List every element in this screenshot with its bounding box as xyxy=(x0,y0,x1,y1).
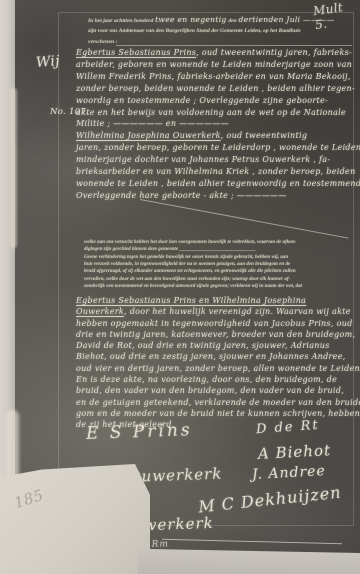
bride-lines: jaren, zonder beroep, geboren te Leiderd… xyxy=(76,142,357,202)
declaration-text-line: Biehot, oud drie en zestig jaren, sjouwe… xyxy=(76,351,357,362)
bride-first-line: Wilhelmina Josephina Ouwerkerk, oud twee… xyxy=(76,130,357,142)
printed-text-line: Geene verhindering tegen het gemelde huw… xyxy=(84,254,354,261)
declaration-text-line: En is deze akte, na voorlezing, door ons… xyxy=(76,374,357,385)
bride-paragraph: Wilhelmina Josephina Ouwerkerk, oud twee… xyxy=(76,130,357,203)
groom-first-line-rest: , oud tweeentwintig jaren, fabrieks- xyxy=(196,48,352,57)
bride-first-line-rest: , oud tweeentwintig xyxy=(221,131,308,140)
printed-text-line: zonderlijk een toestemmend en bevestigen… xyxy=(84,283,354,290)
groom-text-line: arbeider, geboren en wonende te Leiden m… xyxy=(76,59,357,71)
bride-text-line: Overleggende hare geboorte - akte ; ————… xyxy=(76,190,357,202)
header-print-den: den xyxy=(228,18,236,24)
header-print-year-prefix: In het jaar achttien honderd xyxy=(88,18,153,24)
printed-text-line: vervullen, welke door de wet aan den huw… xyxy=(84,276,354,283)
header-hand-date: dertienden Juli ———— xyxy=(239,15,335,24)
declaration-lines: hebben opgemaakt in tegenwoordigheid van… xyxy=(76,318,357,431)
declaration-text-line: David de Rot, oud drie en twintig jaren,… xyxy=(76,340,357,351)
groom-text-line: Willem Frederik Prins, fabrieks-arbeider… xyxy=(76,71,357,83)
bride-text-line: minderjarige dochter van Johannes Petrus… xyxy=(76,154,357,166)
header-line-date: In het jaar achttien honderd twee en neg… xyxy=(88,15,354,26)
signature-groom: E S Prins xyxy=(86,420,193,444)
printed-text-line: bruid afgevraagd, of zij elkander aannem… xyxy=(84,268,354,275)
groom-text-line: Militie ; —————— en —————— xyxy=(76,118,357,130)
film-edge-highlight-upper xyxy=(10,88,17,248)
groom-text-line: akte en het bewijs van voldoening aan de… xyxy=(76,107,357,119)
header-line-registrar: zijn voor ons Ambtenaar van den Burgerli… xyxy=(88,26,354,36)
groom-text-line: zonder beroep, beiden wonende te Leiden … xyxy=(76,83,357,95)
bride-text-line: wonende te Leiden , beiden alhier tegenw… xyxy=(76,178,357,190)
declaration-text-line: en de getuigen geteekend, verklarende de… xyxy=(76,397,357,408)
groom-text-line: woordig en toestemmende ; Overleggende z… xyxy=(76,95,357,107)
groom-paragraph: Egbertus Sebastianus Prins, oud tweeentw… xyxy=(76,47,357,130)
photographed-marriage-record: Mult 5. Wij No. 107. In het jaar achttie… xyxy=(0,0,360,574)
header-hand-year: twee en negentig xyxy=(155,15,227,24)
declaration-surname: Ouwerkerk xyxy=(76,307,124,316)
margin-word-wij: Wij xyxy=(35,53,60,71)
bride-text-line: jaren, zonder beroep, geboren te Leiderd… xyxy=(76,142,357,154)
declaration-text-line: drie en twintig jaren, katoenwever, broe… xyxy=(76,329,357,340)
declaration-text-line: hebben opgemaakt in tegenwoordigheid van… xyxy=(76,318,357,329)
declaration-second-line: Ouwerkerk, door het huwelijk vereenigd z… xyxy=(76,306,357,317)
signature-witness-biehot: A Biehot xyxy=(258,441,332,463)
act-header: In het jaar achttien honderd twee en neg… xyxy=(88,15,354,47)
declaration-text-line: oud vier en dertig jaren, zonder beroep,… xyxy=(76,363,357,374)
declaration-paragraph: Egbertus Sebastianus Prins en Wilhelmina… xyxy=(76,295,357,431)
declaration-second-line-rest: , door het huwelijk vereenigd zijn. Waar… xyxy=(124,307,351,316)
printed-legal-formula: welke aan ons verzocht hebben het door h… xyxy=(84,239,354,290)
groom-first-line: Egbertus Sebastianus Prins, oud tweeentw… xyxy=(76,47,357,59)
declaration-names-line: Egbertus Sebastianus Prins en Wilhelmina… xyxy=(76,295,357,306)
archive-label-patch xyxy=(0,464,150,574)
declaration-text-line: bruid, den vader van den bruidegom, den … xyxy=(76,385,357,396)
printed-text-line: digingen zijn geschied binnen deze gemee… xyxy=(84,246,354,253)
bride-text-line: brieksarbeider en van Wilhelmina Kriek ,… xyxy=(76,166,357,178)
groom-name: Egbertus Sebastianus Prins xyxy=(76,48,196,57)
bride-name: Wilhelmina Josephina Ouwerkerk xyxy=(76,131,221,140)
printed-lines: welke aan ons verzocht hebben het door h… xyxy=(84,239,354,290)
film-edge-bottom-band xyxy=(138,549,360,574)
groom-lines: arbeider, geboren en wonende te Leiden m… xyxy=(76,59,357,130)
blank-rule-after-verschenen xyxy=(116,45,352,46)
